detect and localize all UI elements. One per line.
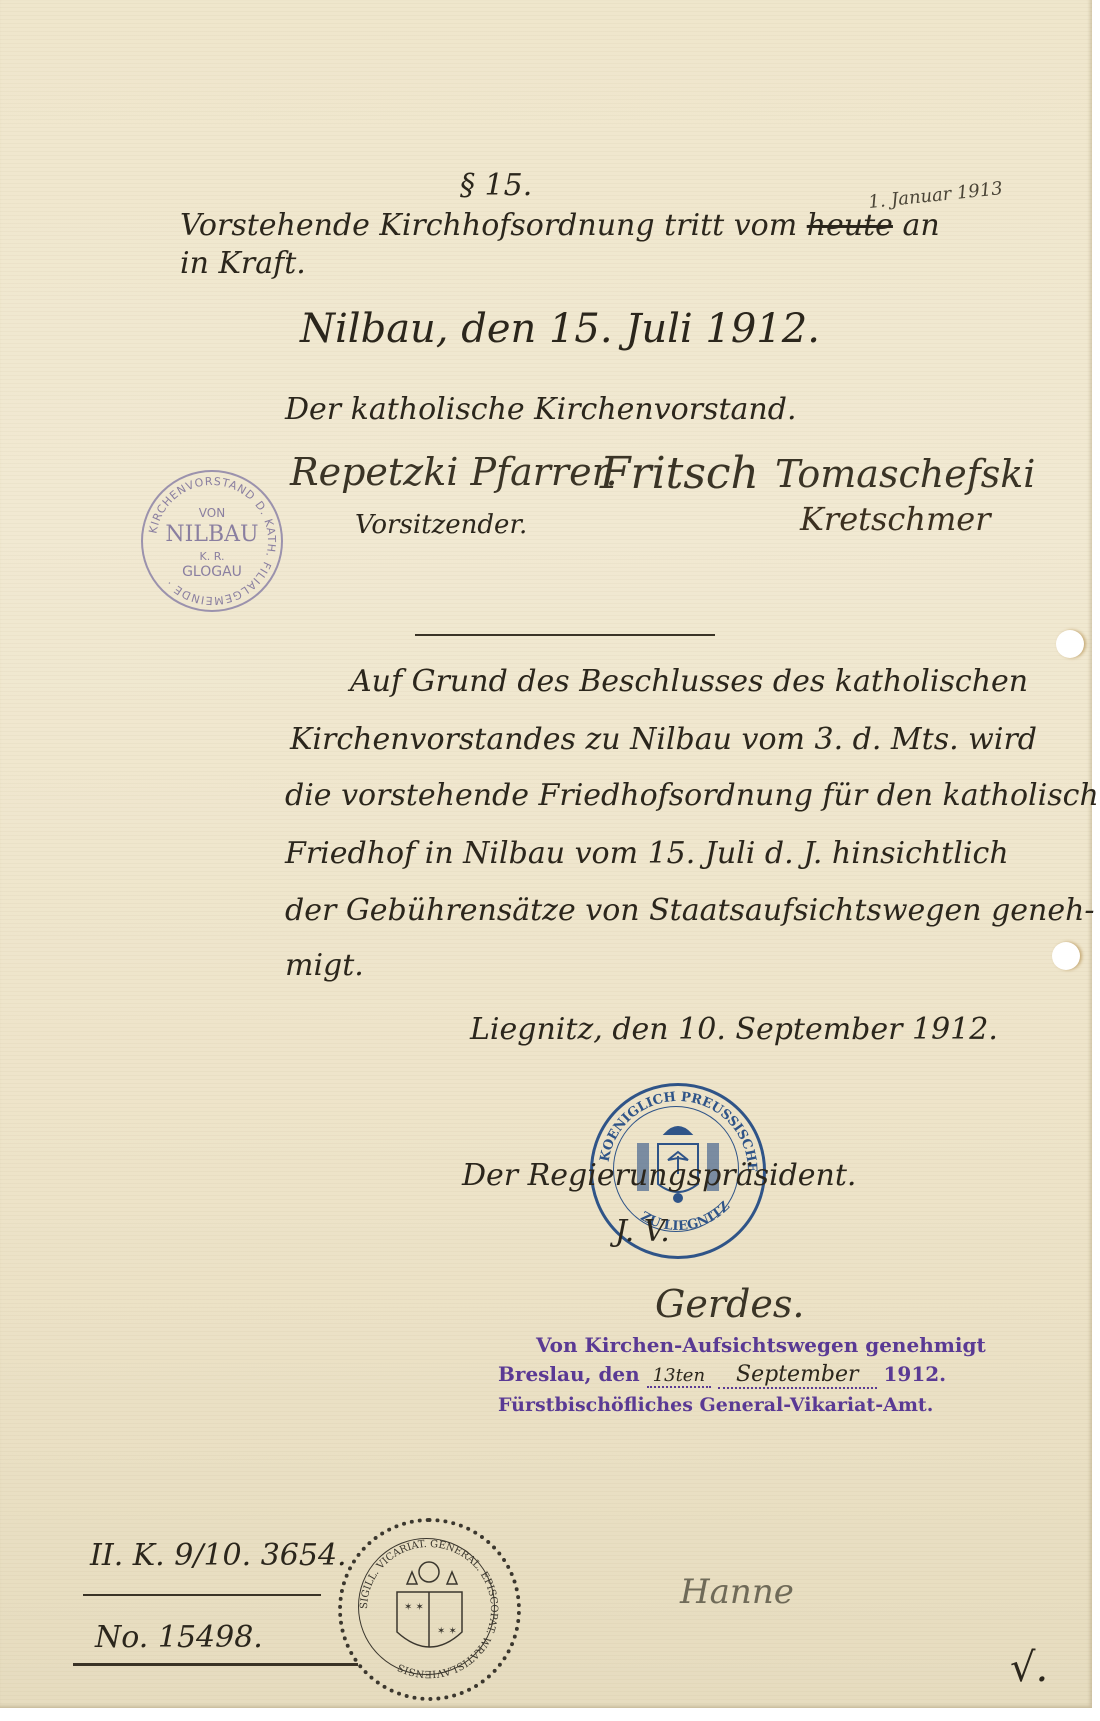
place-date: Nilbau, den 15. Juli 1912. (300, 306, 820, 352)
signature-member-1: Fritsch (600, 448, 759, 499)
stamp-month: September (718, 1362, 877, 1389)
episcopal-seal: SIGILL. VICARIAT. GENERAL. EPISCOPAT. WR… (338, 1518, 521, 1701)
paragraph-text: Vorstehende Kirchhofsordnung tritt vom (180, 208, 797, 243)
paragraph-line-1: Vorstehende Kirchhofsordnung tritt vom h… (180, 208, 940, 243)
approval-stamp-line-1: Von Kirchen-Aufsichtswegen genehmigt (536, 1333, 986, 1357)
punch-hole-bottom (1052, 942, 1080, 970)
paragraph-line-2: in Kraft. (180, 246, 306, 281)
paragraph-heading: § 15. (460, 168, 532, 203)
struck-word: heute (807, 208, 893, 243)
corner-mark: √. (1010, 1645, 1048, 1691)
approval-line-4: Friedhof in Nilbau vom 15. Juli d. J. hi… (285, 836, 1009, 871)
approval-line-6: migt. (285, 948, 364, 983)
bishop-coat-of-arms-icon: ✶ ✶ ✶ ✶ (397, 1562, 462, 1647)
section-divider (415, 634, 715, 636)
episcopal-seal-ring-icon: SIGILL. VICARIAT. GENERAL. EPISCOPAT. WR… (342, 1522, 517, 1697)
authority-title: Der Regierungspräsident. (462, 1158, 856, 1193)
registry-rule-1 (83, 1594, 321, 1596)
approval-line-2: Kirchenvorstandes zu Nilbau vom 3. d. Mt… (290, 722, 1037, 757)
signature-vicariate: Hanne (680, 1572, 794, 1612)
signature-member-3: Kretschmer (800, 500, 991, 538)
stamp-year: 1912. (884, 1362, 947, 1386)
registry-line-1: II. K. 9/10. 3654. (90, 1538, 347, 1573)
chair-role: Vorsitzender. (355, 510, 527, 540)
council-title: Der katholische Kirchenvorstand. (285, 392, 796, 427)
authority-sub: J. V. (615, 1214, 670, 1249)
approval-line-1: Auf Grund des Beschlusses des katholisch… (350, 664, 1028, 699)
approval-place-date: Liegnitz, den 10. September 1912. (470, 1012, 998, 1047)
signature-member-2: Tomaschefski (775, 452, 1035, 496)
svg-text:✶ ✶: ✶ ✶ (404, 1602, 424, 1613)
parish-seal: KIRCHENVORSTAND D. KATH. FILIALGEMEINDE … (141, 470, 283, 612)
paragraph-text-end: an (902, 208, 939, 243)
registry-rule-2 (73, 1663, 358, 1666)
punch-hole-top (1056, 630, 1084, 658)
approval-stamp-line-2: Breslau, den 13ten September 1912. (498, 1362, 946, 1387)
registry-line-2: No. 15498. (95, 1620, 263, 1655)
stamp-day: 13ten (647, 1365, 711, 1388)
signature-regierung: Gerdes. (655, 1282, 804, 1326)
parish-seal-line-4: GLOGAU (143, 564, 281, 580)
stamp-prefix: Breslau, den (498, 1362, 640, 1386)
parish-seal-line-3: K. R. (143, 550, 281, 563)
approval-line-5: der Gebührensätze von Staatsaufsichtsweg… (285, 893, 1095, 928)
document-page: § 15. Vorstehende Kirchhofsordnung tritt… (0, 0, 1092, 1708)
svg-text:✶ ✶: ✶ ✶ (437, 1626, 457, 1637)
approval-line-3: die vorstehende Friedhofsordnung für den… (285, 778, 1100, 813)
parish-seal-line-1: VON (143, 506, 281, 520)
parish-seal-line-2: NILBAU (143, 522, 281, 547)
approval-stamp-line-3: Fürstbischöfliches General-Vikariat-Amt. (498, 1394, 933, 1416)
signature-chair: Repetzki Pfarrer. (290, 450, 618, 494)
